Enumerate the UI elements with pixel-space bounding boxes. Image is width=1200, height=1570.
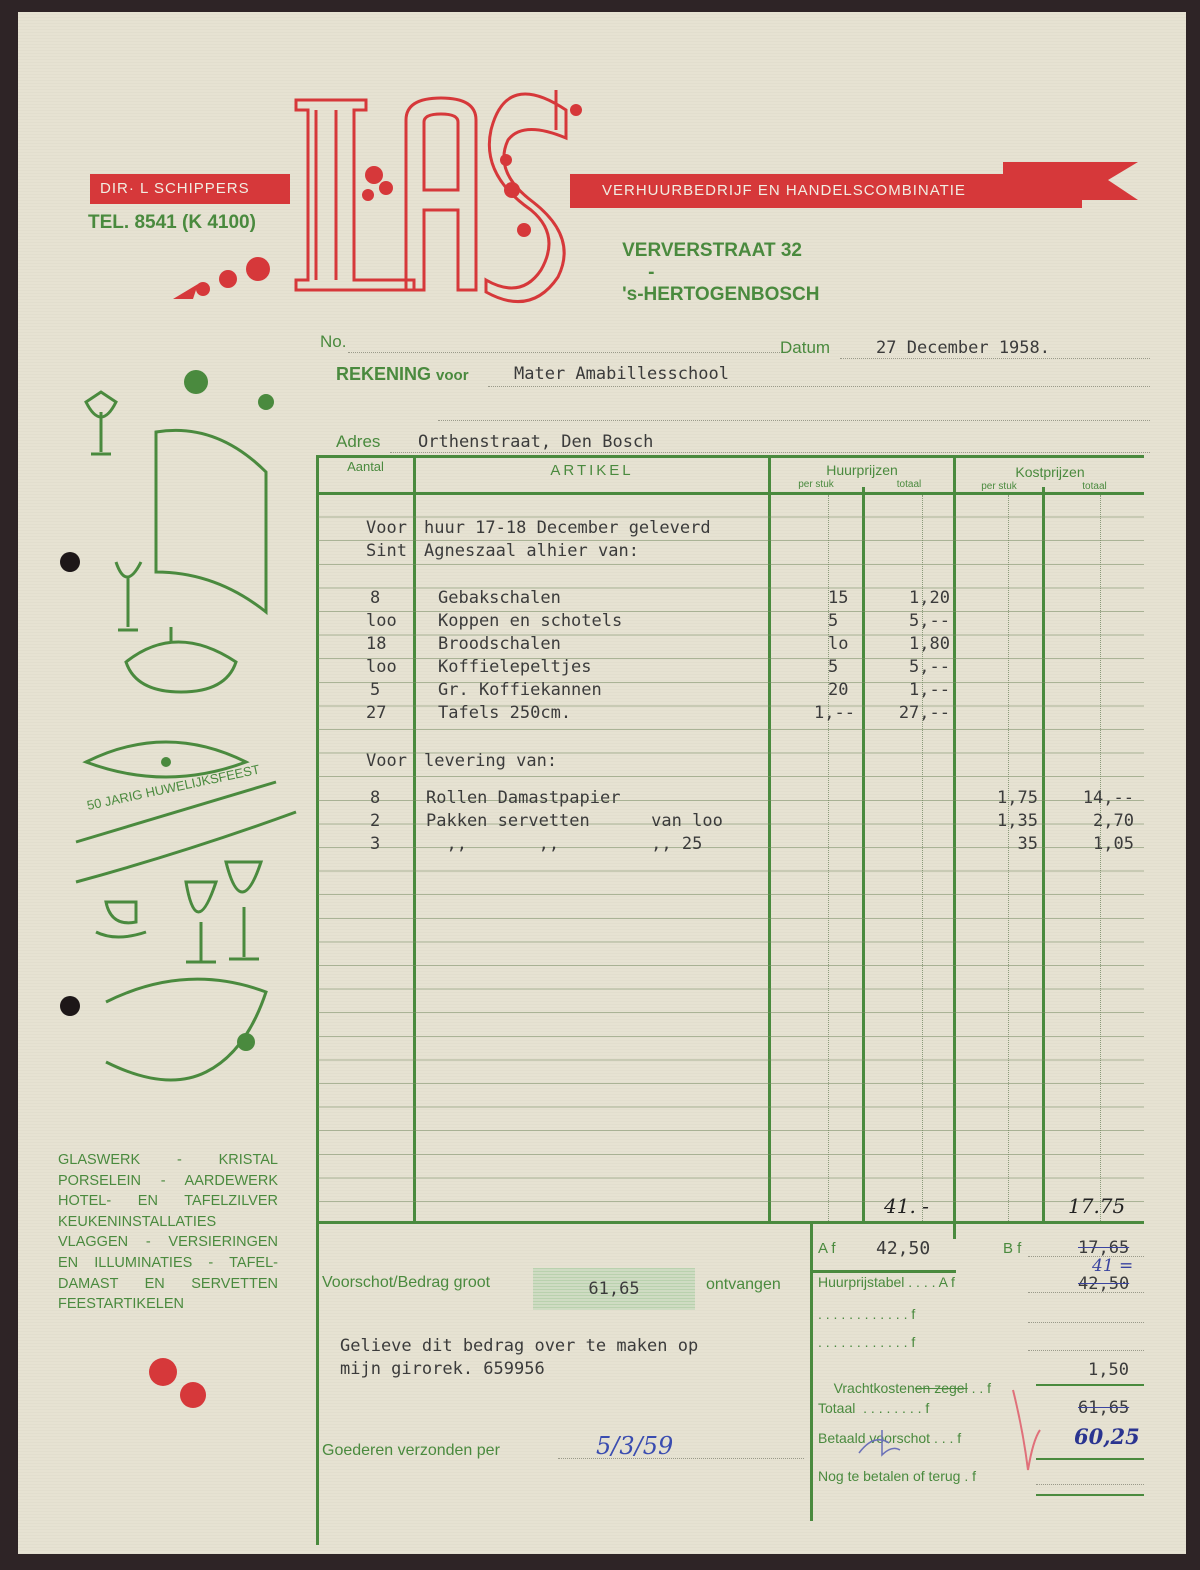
address-value[interactable]: Orthenstraat, Den Bosch — [418, 432, 653, 452]
b-handwritten: 41 = — [1092, 1256, 1133, 1276]
delivery-intro-aantal: Voor — [366, 751, 407, 771]
ribbon-tail-icon — [1003, 162, 1143, 202]
row-artikel: Koffielepeltjes — [438, 657, 592, 677]
header-kost-totaal: totaal — [1045, 481, 1144, 492]
row-huur-totaal: 1,-- — [868, 680, 950, 700]
vracht-underline — [1036, 1384, 1144, 1386]
header-kostprijzen: Kostprijzen — [956, 464, 1144, 480]
service-line: PORSELEIN - AARDEWERK — [58, 1171, 278, 1192]
row-aantal: 2 — [370, 811, 380, 831]
address-label: Adres — [336, 432, 380, 452]
row-aantal: 27 — [366, 703, 386, 723]
row-kost-totaal: 2,70 — [1048, 811, 1134, 831]
flower-ornament-icon — [168, 244, 308, 304]
handwritten-kost-total: 17.75 — [1068, 1194, 1125, 1218]
huurprijstabel-value-struck: 42,50 — [1078, 1274, 1129, 1294]
a-value: 42,50 — [876, 1238, 930, 1259]
rekening-word: REKENING — [336, 364, 431, 384]
voorschot-value: 61,65 — [533, 1268, 695, 1310]
goederen-value[interactable]: 5/3/59 — [596, 1432, 673, 1460]
row-aantal: 5 — [370, 680, 380, 700]
summary-left-border — [810, 1221, 813, 1521]
invoice-paper: DIR· L SCHIPPERS TEL. 8541 (K 4100) VERH… — [18, 12, 1186, 1554]
betaald-value: 60,25 — [1074, 1424, 1140, 1449]
row-artikel: Gr. Koffiekannen — [438, 680, 602, 700]
delivery-intro-artikel: levering van: — [424, 751, 557, 771]
blank-field-line-1[interactable] — [1028, 1322, 1144, 1323]
header-kost-per-stuk: per stuk — [956, 481, 1042, 492]
vracht-suffix: . . f — [972, 1380, 991, 1396]
row-artikel: Rollen Damastpapier — [426, 788, 620, 808]
voor-word: voor — [436, 367, 469, 384]
vracht-struck-text: en zegel — [915, 1380, 968, 1396]
header-huur-totaal: totaal — [865, 479, 953, 490]
row-aantal: 18 — [366, 634, 386, 654]
totaal-label: Totaal . . . . . . . . f — [818, 1400, 929, 1416]
date-value[interactable]: 27 December 1958. — [876, 338, 1050, 358]
row-kost-totaal: 1,05 — [1048, 834, 1134, 854]
header-artikel: ARTIKEL — [416, 462, 768, 479]
voorschot-label: Voorschot/Bedrag groot — [322, 1274, 490, 1292]
header-huur-per-stuk: per stuk — [771, 479, 861, 490]
b-value-struck: 17,65 — [1078, 1238, 1129, 1258]
service-line: EN ILLUMINATIES - TAFEL- — [58, 1253, 278, 1274]
row-aantal: 3 — [370, 834, 380, 854]
row-huur-totaal: 5,-- — [868, 657, 950, 677]
address-field-line — [390, 452, 1150, 453]
city: 's-HERTOGENBOSCH — [622, 284, 819, 305]
service-line: GLASWERK - KRISTAL — [58, 1150, 278, 1171]
row-kost-per-stuk: 1,75 — [958, 788, 1038, 808]
payment-note-line-2: mijn girorek. 659956 — [340, 1359, 545, 1379]
intro-artikel-1: huur 17-18 December geleverd — [424, 518, 711, 538]
intro-aantal-1: Voor — [366, 518, 407, 538]
customer-field-line — [488, 386, 1150, 387]
row-huur-totaal: 27,-- — [868, 703, 950, 723]
director-ribbon: DIR· L SCHIPPERS — [90, 174, 290, 204]
goederen-field-line — [558, 1458, 804, 1459]
nog-field-line[interactable] — [1036, 1484, 1144, 1485]
row-artikel: Tafels 250cm. — [438, 703, 571, 723]
row-kost-per-stuk: 35 — [958, 834, 1038, 854]
row-aantal: loo — [366, 657, 397, 677]
ontvangen-label: ontvangen — [706, 1276, 781, 1294]
b-label: B f — [1003, 1240, 1021, 1257]
red-check-mark-icon — [1008, 1388, 1048, 1478]
customer-name[interactable]: Mater Amabillesschool — [514, 364, 729, 384]
row-artikel: ,, ,, ,, 25 — [426, 834, 702, 854]
intro-artikel-2: Agneszaal alhier van: — [424, 541, 639, 561]
rekening-label: REKENING voor — [336, 364, 469, 385]
party-illustration-icon: 50 JARIG HUWELIJKSFEEST — [66, 362, 306, 1102]
row-huur-per-stuk: 20 — [828, 680, 848, 700]
summary-a-bottom-border — [810, 1270, 956, 1273]
director-name: DIR· L SCHIPPERS — [100, 180, 250, 197]
row-huur-per-stuk: lo — [828, 634, 848, 654]
phone-number: TEL. 8541 (K 4100) — [88, 212, 256, 234]
table-top-border — [316, 455, 1144, 458]
row-aantal: 8 — [370, 788, 380, 808]
invoice-no-label: No. — [320, 332, 346, 352]
row-huur-totaal: 5,-- — [868, 611, 950, 631]
row-artikel: Pakken servetten van loo — [426, 811, 723, 831]
customer-extra-line[interactable] — [438, 420, 1150, 421]
row-huur-per-stuk: 5 — [828, 611, 838, 631]
las-logo — [286, 80, 586, 305]
voorschot-box: 61,65 — [533, 1268, 695, 1310]
nog-double-underline — [1036, 1494, 1144, 1496]
row-aantal: 8 — [370, 588, 380, 608]
intro-aantal-2: Sint — [366, 541, 407, 561]
blank-summary-line-1: . . . . . . . . . . . . f — [818, 1306, 915, 1322]
row-huur-per-stuk: 15 — [828, 588, 848, 608]
service-line: KEUKENINSTALLATIES — [58, 1212, 278, 1233]
services-list: GLASWERK - KRISTAL PORSELEIN - AARDEWERK… — [58, 1150, 278, 1315]
street: VERVERSTRAAT 32 — [622, 240, 802, 261]
totaal-value-struck: 61,65 — [1078, 1398, 1129, 1418]
row-artikel: Gebakschalen — [438, 588, 561, 608]
a-label: A f — [818, 1240, 836, 1257]
tagline: VERHUURBEDRIJF EN HANDELSCOMBINATIE — [602, 182, 966, 199]
footer-flower-icon — [113, 1347, 223, 1417]
goederen-label: Goederen verzonden per — [322, 1442, 500, 1460]
invoice-no-field[interactable] — [348, 352, 788, 353]
payment-note-line-1: Gelieve dit bedrag over te maken op — [340, 1336, 698, 1356]
row-kost-per-stuk: 1,35 — [958, 811, 1038, 831]
blank-summary-line-2: . . . . . . . . . . . . f — [818, 1334, 915, 1350]
table-bottom-border — [316, 1221, 1144, 1224]
handwritten-huur-total: 41. - — [884, 1194, 929, 1218]
header-aantal: Aantal — [318, 459, 413, 474]
service-line: HOTEL- EN TAFELZILVER — [58, 1191, 278, 1212]
row-aantal: loo — [366, 611, 397, 631]
betaald-underline — [1036, 1458, 1144, 1460]
service-line: VLAGGEN - VERSIERINGEN — [58, 1232, 278, 1253]
row-artikel: Koppen en schotels — [438, 611, 622, 631]
service-line: DAMAST EN SERVETTEN — [58, 1274, 278, 1295]
blue-initial-icon — [854, 1428, 904, 1458]
huurprijstabel-label: Huurprijstabel . . . . A f — [818, 1274, 955, 1290]
blank-field-line-2[interactable] — [1028, 1350, 1144, 1351]
las-logo-icon — [286, 80, 586, 305]
row-huur-totaal: 1,80 — [868, 634, 950, 654]
date-field-line — [840, 358, 1150, 359]
date-label: Datum — [780, 338, 830, 358]
row-artikel: Broodschalen — [438, 634, 561, 654]
row-huur-per-stuk: 5 — [828, 657, 838, 677]
nog-label: Nog te betalen of terug . f — [818, 1468, 976, 1484]
address-separator: - — [648, 262, 654, 283]
row-huur-per-stuk: 1,-- — [814, 703, 855, 723]
row-kost-totaal: 14,-- — [1048, 788, 1134, 808]
vracht-value: 1,50 — [1088, 1360, 1129, 1380]
service-line: FEESTARTIKELEN — [58, 1294, 278, 1315]
row-huur-totaal: 1,20 — [868, 588, 950, 608]
vracht-word: Vrachtkosten — [834, 1380, 915, 1396]
street-address: VERVERSTRAAT 32 - 's-HERTOGENBOSCH — [601, 218, 819, 328]
header-huurprijzen: Huurprijzen — [771, 462, 953, 478]
